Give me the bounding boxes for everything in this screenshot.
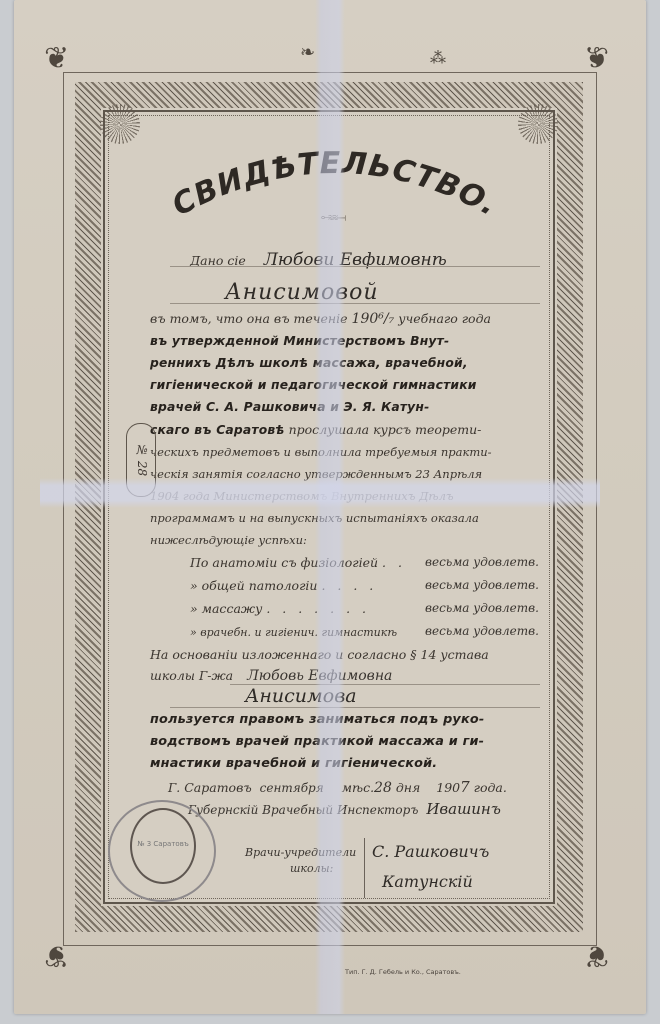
rights-line: пользуется правомъ заниматься подъ руко- (150, 712, 550, 727)
sunburst-ornament-icon (518, 104, 558, 144)
body-line: программамъ и на выпускныхъ испытаніяхъ … (150, 511, 550, 525)
inspector-signature: Ивашинъ (426, 800, 501, 818)
city: Г. Саратовъ (168, 780, 252, 795)
tape-ribbon-horizontal (40, 478, 600, 508)
school-label: школы Г-жа (150, 668, 233, 683)
date-year: 7 (460, 778, 470, 796)
recipient-surname: Анисимовой (225, 280, 379, 305)
body-line: реннихъ Дѣлъ школѣ массажа, врачебной, (150, 356, 550, 370)
body-line: гигіенической и педагогической гимнастик… (150, 378, 550, 392)
grade-value: весьма удовлетв. (425, 555, 539, 569)
corner-flourish-icon: ❦ (44, 940, 69, 970)
recipient-fill-line (170, 266, 540, 267)
grade-row: По анатоміи съ физіологіей . . весьма уд… (190, 555, 590, 570)
grade-row: » врачебн. и гигіенич. гимнастикѣ весьма… (190, 624, 590, 639)
grade-row: » массажу . . . . . . . весьма удовлетв. (190, 601, 590, 616)
date-day-label: мѣс. (342, 780, 374, 795)
grade-value: весьма удовлетв. (425, 624, 539, 638)
holder-surname-line: Анисимова (245, 685, 645, 707)
basis-line: На основаніи изложеннаго и согласно § 14… (150, 647, 550, 662)
grade-value: весьма удовлетв. (425, 578, 539, 592)
date-year-prefix: 190 (436, 780, 460, 795)
grade-subject: » врачебн. и гигіенич. гимнастикѣ (190, 626, 397, 639)
signature-divider (364, 838, 365, 898)
holder-surname-fill-line (170, 707, 540, 708)
body-line: въ утвержденной Министерствомъ Внут- (150, 334, 550, 348)
printer-imprint: Тип. Г. Д. Гебель и Ко., Саратовъ. (345, 968, 461, 976)
school-location: скаго въ Саратовѣ (150, 423, 285, 437)
body-line: ческихъ предметовъ и выполнила требуемыя… (150, 445, 550, 459)
body-line: нижеслѣдующіе успѣхи: (150, 533, 550, 547)
recipient-surname-fill-line (170, 303, 540, 304)
stamp-center: № 3 Саратовъ (130, 808, 196, 884)
founder-signature-2: Катунскій (382, 872, 660, 891)
date-day-suffix: дня (396, 780, 420, 795)
date-year-suffix: года. (474, 780, 507, 795)
body-line: скаго въ Саратовѣ прослушала курсъ теоре… (150, 422, 550, 437)
recipient-line: Дано сіе Любови Евфимовнѣ (190, 250, 590, 270)
founder-signature-1: С. Рашковичъ (372, 842, 660, 861)
body-line-period: въ томъ, что она въ теченіе 190⁶/₇ учебн… (150, 311, 550, 327)
grade-subject: » общей патологіи (190, 578, 317, 593)
grade-subject: » массажу (190, 601, 262, 616)
inspector-label: Губернскій Врачебный Инспекторъ (188, 803, 418, 817)
corner-flourish-icon: ❦ (584, 940, 609, 970)
top-center-ornament-icon: ❧ (300, 44, 315, 62)
recipient-surname-line: Анисимовой (225, 280, 625, 305)
top-leaf-ornament-icon: ⁂ (430, 50, 446, 66)
inspector-line: Губернскій Врачебный Инспекторъ Ивашинъ (188, 800, 588, 818)
sunburst-ornament-icon (100, 104, 140, 144)
body-line: врачей С. А. Рашковича и Э. Я. Катун- (150, 400, 550, 414)
date-line: Г. Саратовъ сентября мѣс.28 дня 1907 год… (168, 778, 568, 796)
corner-flourish-icon: ❦ (584, 44, 609, 74)
recipient-name: Любови Евфимовнѣ (264, 250, 447, 270)
school-line: школы Г-жа Любовь Евфимовна (150, 668, 550, 684)
academic-year: 190⁶/₇ (352, 311, 395, 327)
date-day: 28 (374, 780, 392, 796)
grade-value: весьма удовлетв. (425, 601, 539, 615)
rights-line: водствомъ врачей практикой массажа и ги- (150, 734, 550, 749)
rights-line: мнастики врачебной и гигіенической. (150, 756, 550, 771)
grade-subject: По анатоміи съ физіологіей (190, 555, 378, 570)
grade-row: » общей патологіи . . . . весьма удовлет… (190, 578, 590, 593)
corner-flourish-icon: ❦ (44, 44, 69, 74)
grade-dots: . . (382, 555, 406, 570)
period-suffix: учебнаго года (398, 311, 491, 326)
